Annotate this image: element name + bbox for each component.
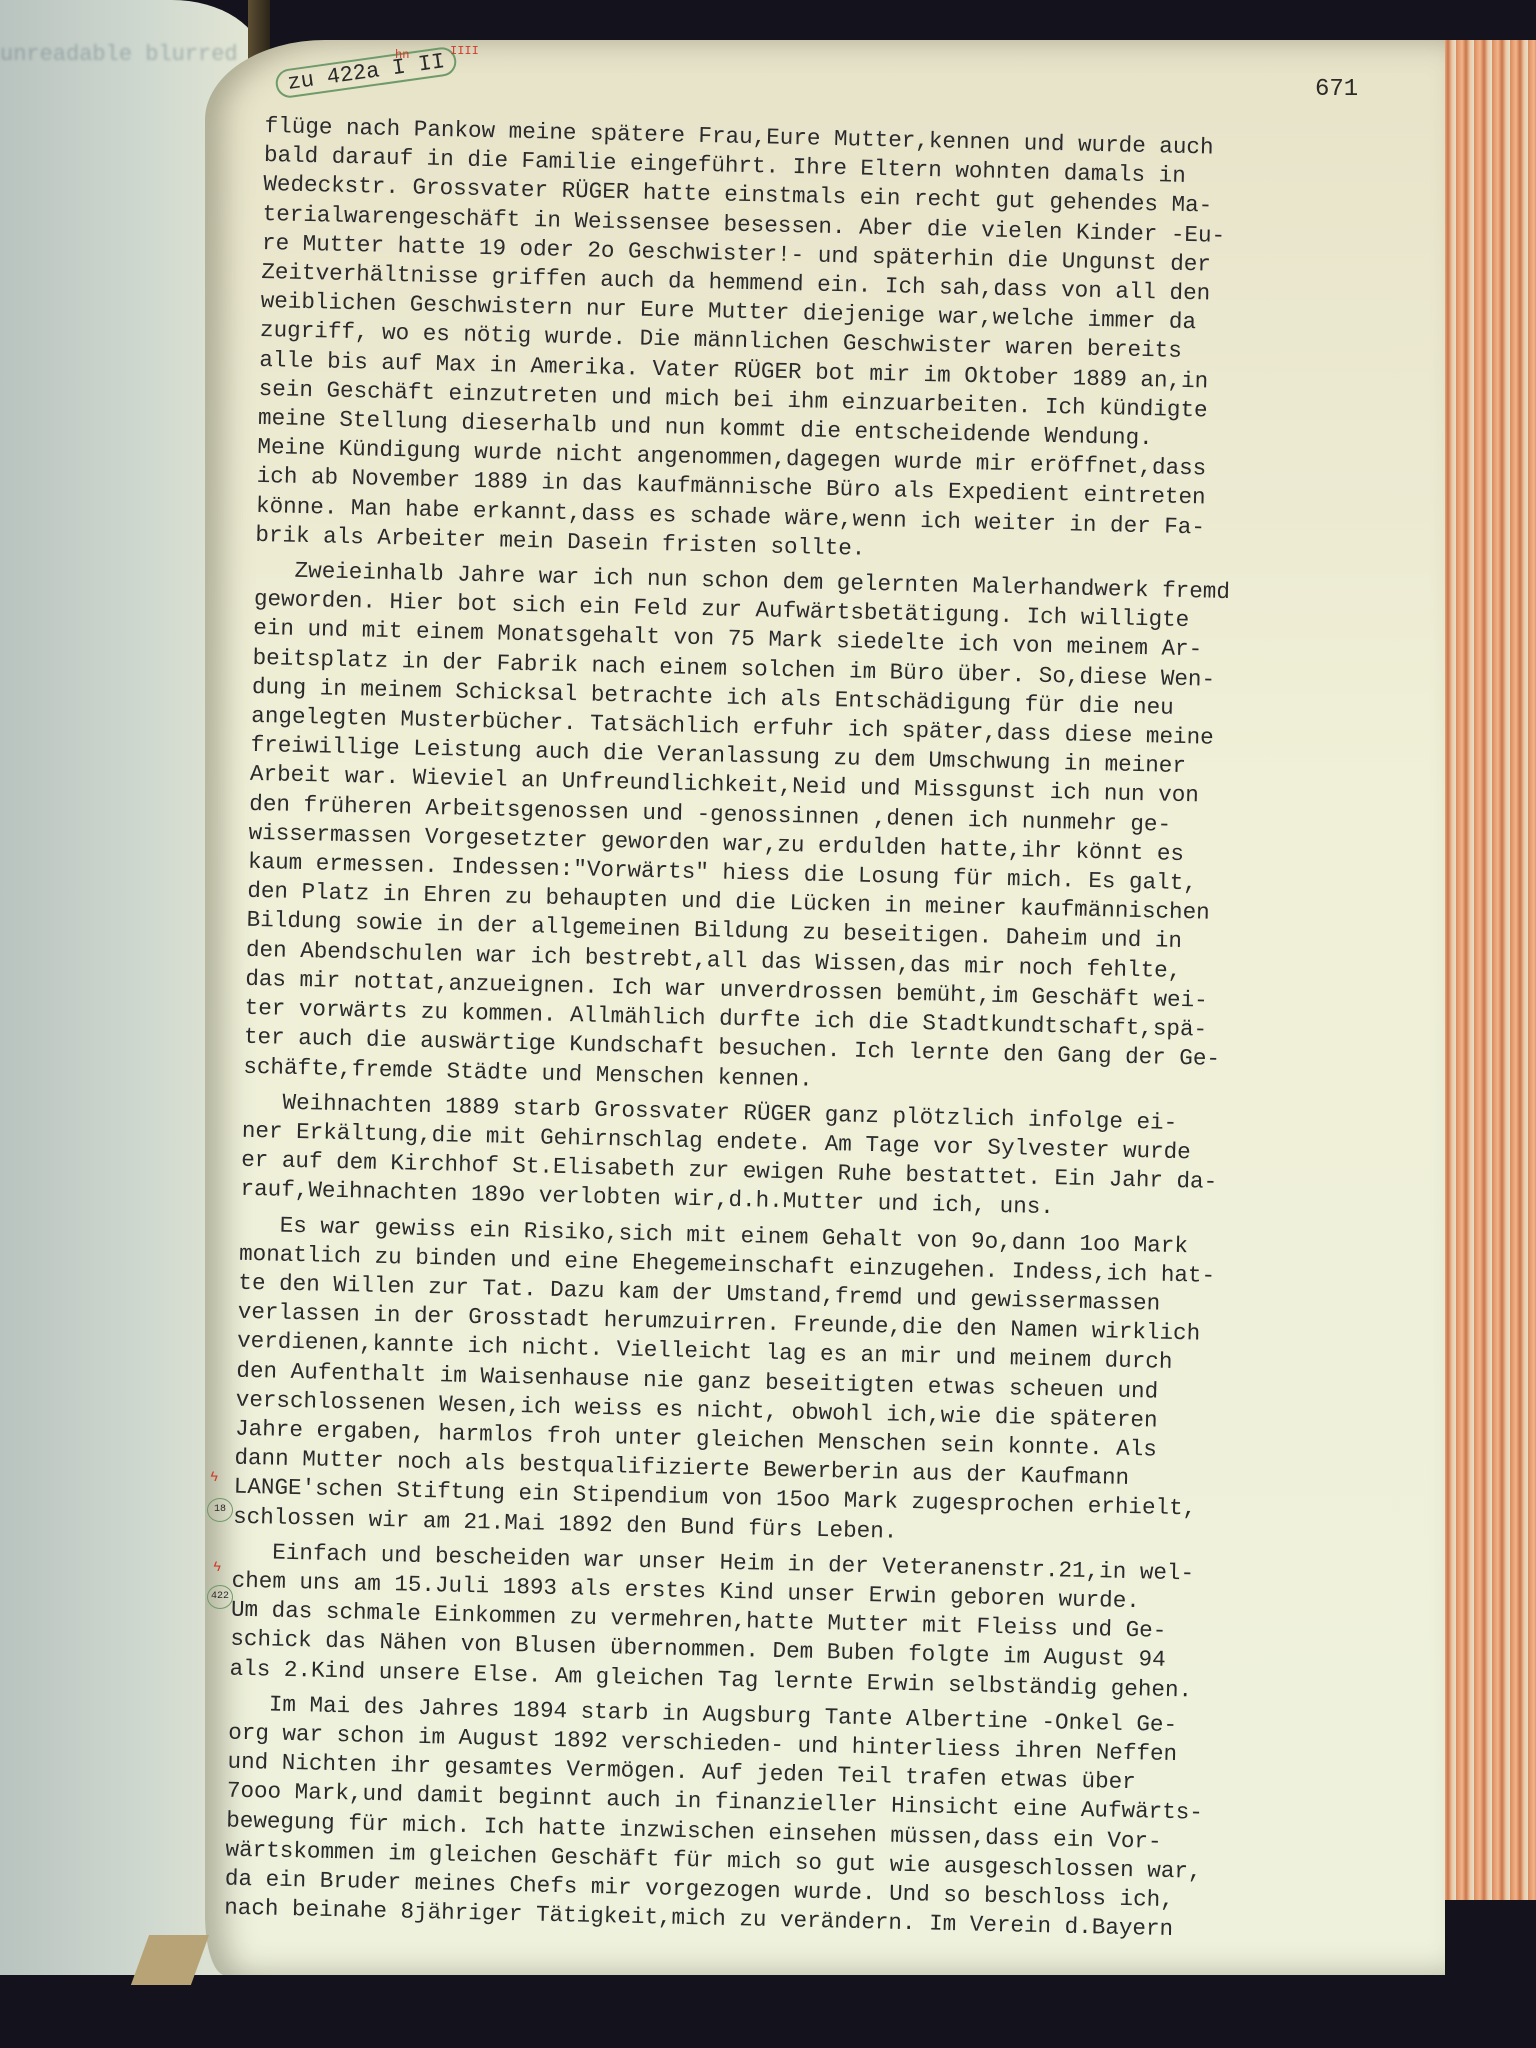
reference-label: zu 422a I II <box>274 45 459 99</box>
typewritten-text-body: flüge nach Pankow meine spätere Frau,Eur… <box>224 112 1435 1955</box>
left-page-ghost-text: unreadable blurred text of facing page <box>0 40 230 69</box>
red-tick-mark: ϟ <box>210 1470 218 1486</box>
paragraph: Zweieinhalb Jahre war ich nun schon dem … <box>243 556 1425 1108</box>
paragraph: Weihnachten 1889 starb Grossvater RÜGER … <box>240 1087 1412 1230</box>
margin-note: 18 <box>207 1498 233 1522</box>
page-number: 671 <box>1315 76 1358 103</box>
red-ref-mark: IIII <box>450 44 479 58</box>
right-page: zu 422a I II hn IIII 671 flüge nach Pank… <box>205 40 1445 1975</box>
paragraph: flüge nach Pankow meine spätere Frau,Eur… <box>255 112 1435 576</box>
page-header: zu 422a I II hn IIII 671 <box>245 48 1425 98</box>
page-edges-stack <box>1438 40 1536 1900</box>
margin-note: 422 <box>207 1585 233 1609</box>
red-tick-mark: ϟ <box>213 1560 221 1576</box>
red-ref-mark: hn <box>395 48 409 62</box>
paragraph: Im Mai des Jahres 1894 starb in Augsburg… <box>224 1689 1399 1949</box>
paragraph: Es war gewiss ein Risiko,sich mit einem … <box>233 1210 1410 1558</box>
paragraph: Einfach und bescheiden war unser Heim in… <box>229 1537 1402 1710</box>
